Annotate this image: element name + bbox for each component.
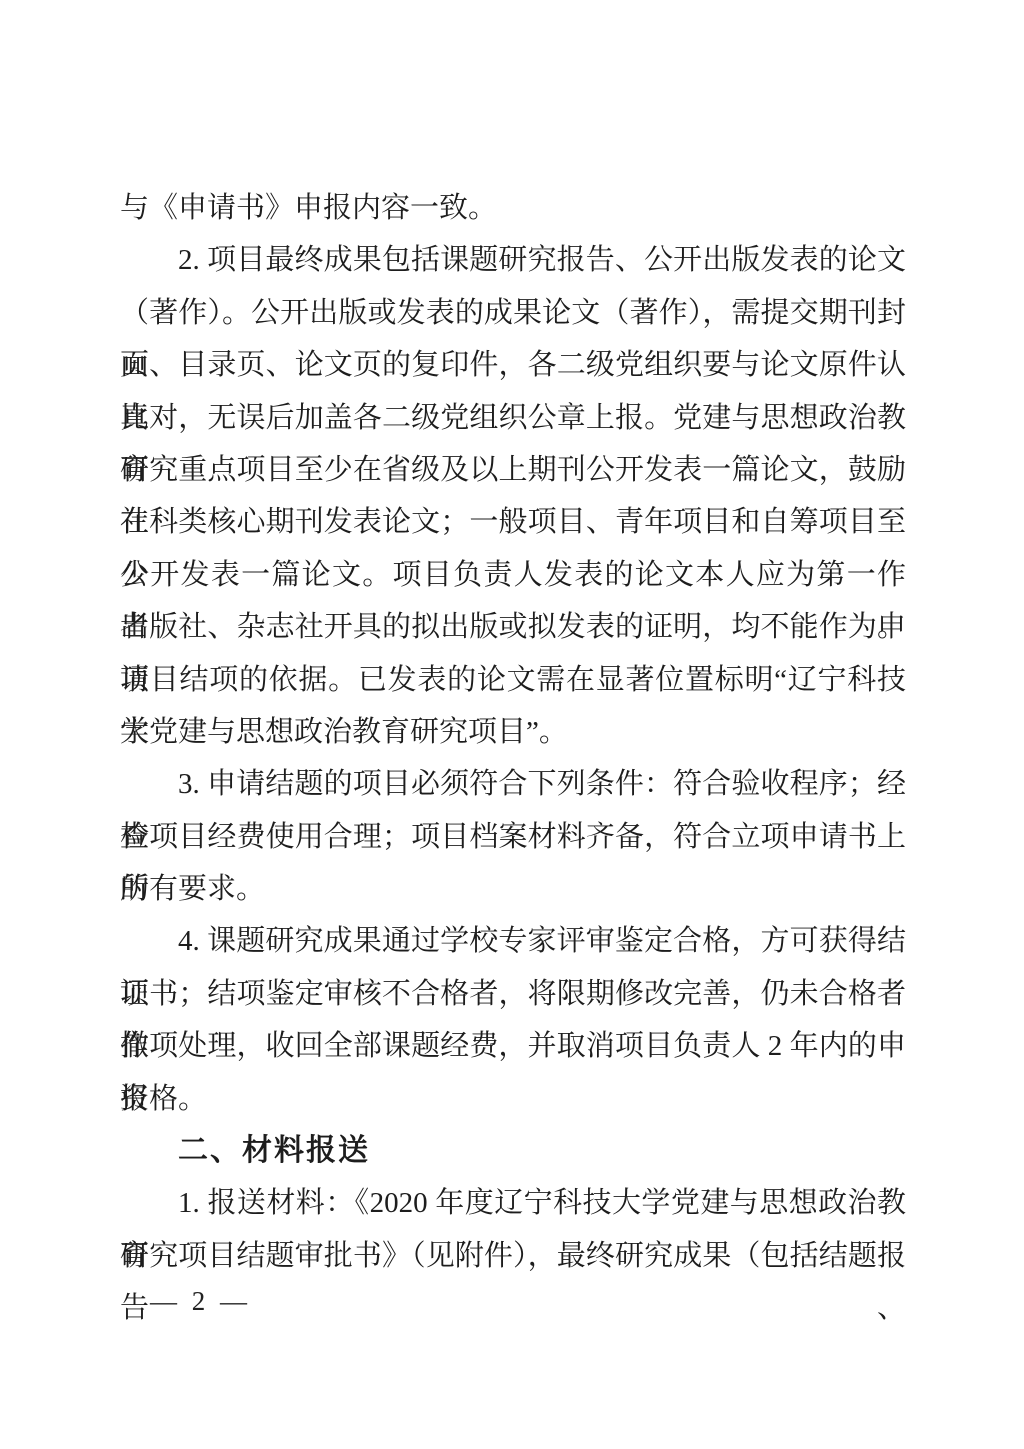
text-line: 1. 报送材料：《2020 年度辽宁科技大学党建与思想政治教育 — [120, 1177, 906, 1229]
text-line: 页、目录页、论文页的复印件，各二级党组织要与论文原件认真 — [120, 339, 906, 391]
text-line: 资格。 — [120, 1073, 906, 1125]
text-line: 撤项处理，收回全部课题经费，并取消项目负责人 2 年内的申报 — [120, 1020, 906, 1072]
text-line: 证书；结项鉴定审核不合格者，将限期修改完善，仍未合格者作 — [120, 968, 906, 1020]
text-line: 研究项目结题审批书》（见附件），最终研究成果（包括结题报告、 — [120, 1230, 906, 1282]
text-line: 查项目经费使用合理；项目档案材料齐备，符合立项申请书上的 — [120, 811, 906, 863]
text-line: （著作）。公开出版或发表的成果论文（著作），需提交期刊封面 — [120, 287, 906, 339]
section-heading: 二、材料报送 — [120, 1125, 906, 1177]
text-line: 2. 项目最终成果包括课题研究报告、公开出版发表的论文 — [120, 234, 906, 286]
text-line: 社科类核心期刊发表论文；一般项目、青年项目和自筹项目至少 — [120, 496, 906, 548]
text-line: 出版社、杂志社开具的拟出版或拟发表的证明，均不能作为申请 — [120, 601, 906, 653]
text-line: 所有要求。 — [120, 863, 906, 915]
text-line: 公开发表一篇论文。项目负责人发表的论文本人应为第一作者。 — [120, 549, 906, 601]
text-line: 项目结项的依据。已发表的论文需在显著位置标明“辽宁科技大 — [120, 654, 906, 706]
document-page: 与《申请书》申报内容一致。 2. 项目最终成果包括课题研究报告、公开出版发表的论… — [0, 0, 1024, 1449]
text-line: 3. 申请结题的项目必须符合下列条件：符合验收程序；经检 — [120, 758, 906, 810]
document-body: 与《申请书》申报内容一致。 2. 项目最终成果包括课题研究报告、公开出版发表的论… — [120, 182, 906, 1282]
text-line: 4. 课题研究成果通过学校专家评审鉴定合格，方可获得结项 — [120, 915, 906, 967]
text-line: 比对，无误后加盖各二级党组织公章上报。党建与思想政治教育 — [120, 392, 906, 444]
text-line: 学党建与思想政治教育研究项目”。 — [120, 706, 906, 758]
text-line: 与《申请书》申报内容一致。 — [120, 182, 906, 234]
text-line: 研究重点项目至少在省级及以上期刊公开发表一篇论文，鼓励在 — [120, 444, 906, 496]
page-number: — 2 — — [150, 1284, 251, 1318]
